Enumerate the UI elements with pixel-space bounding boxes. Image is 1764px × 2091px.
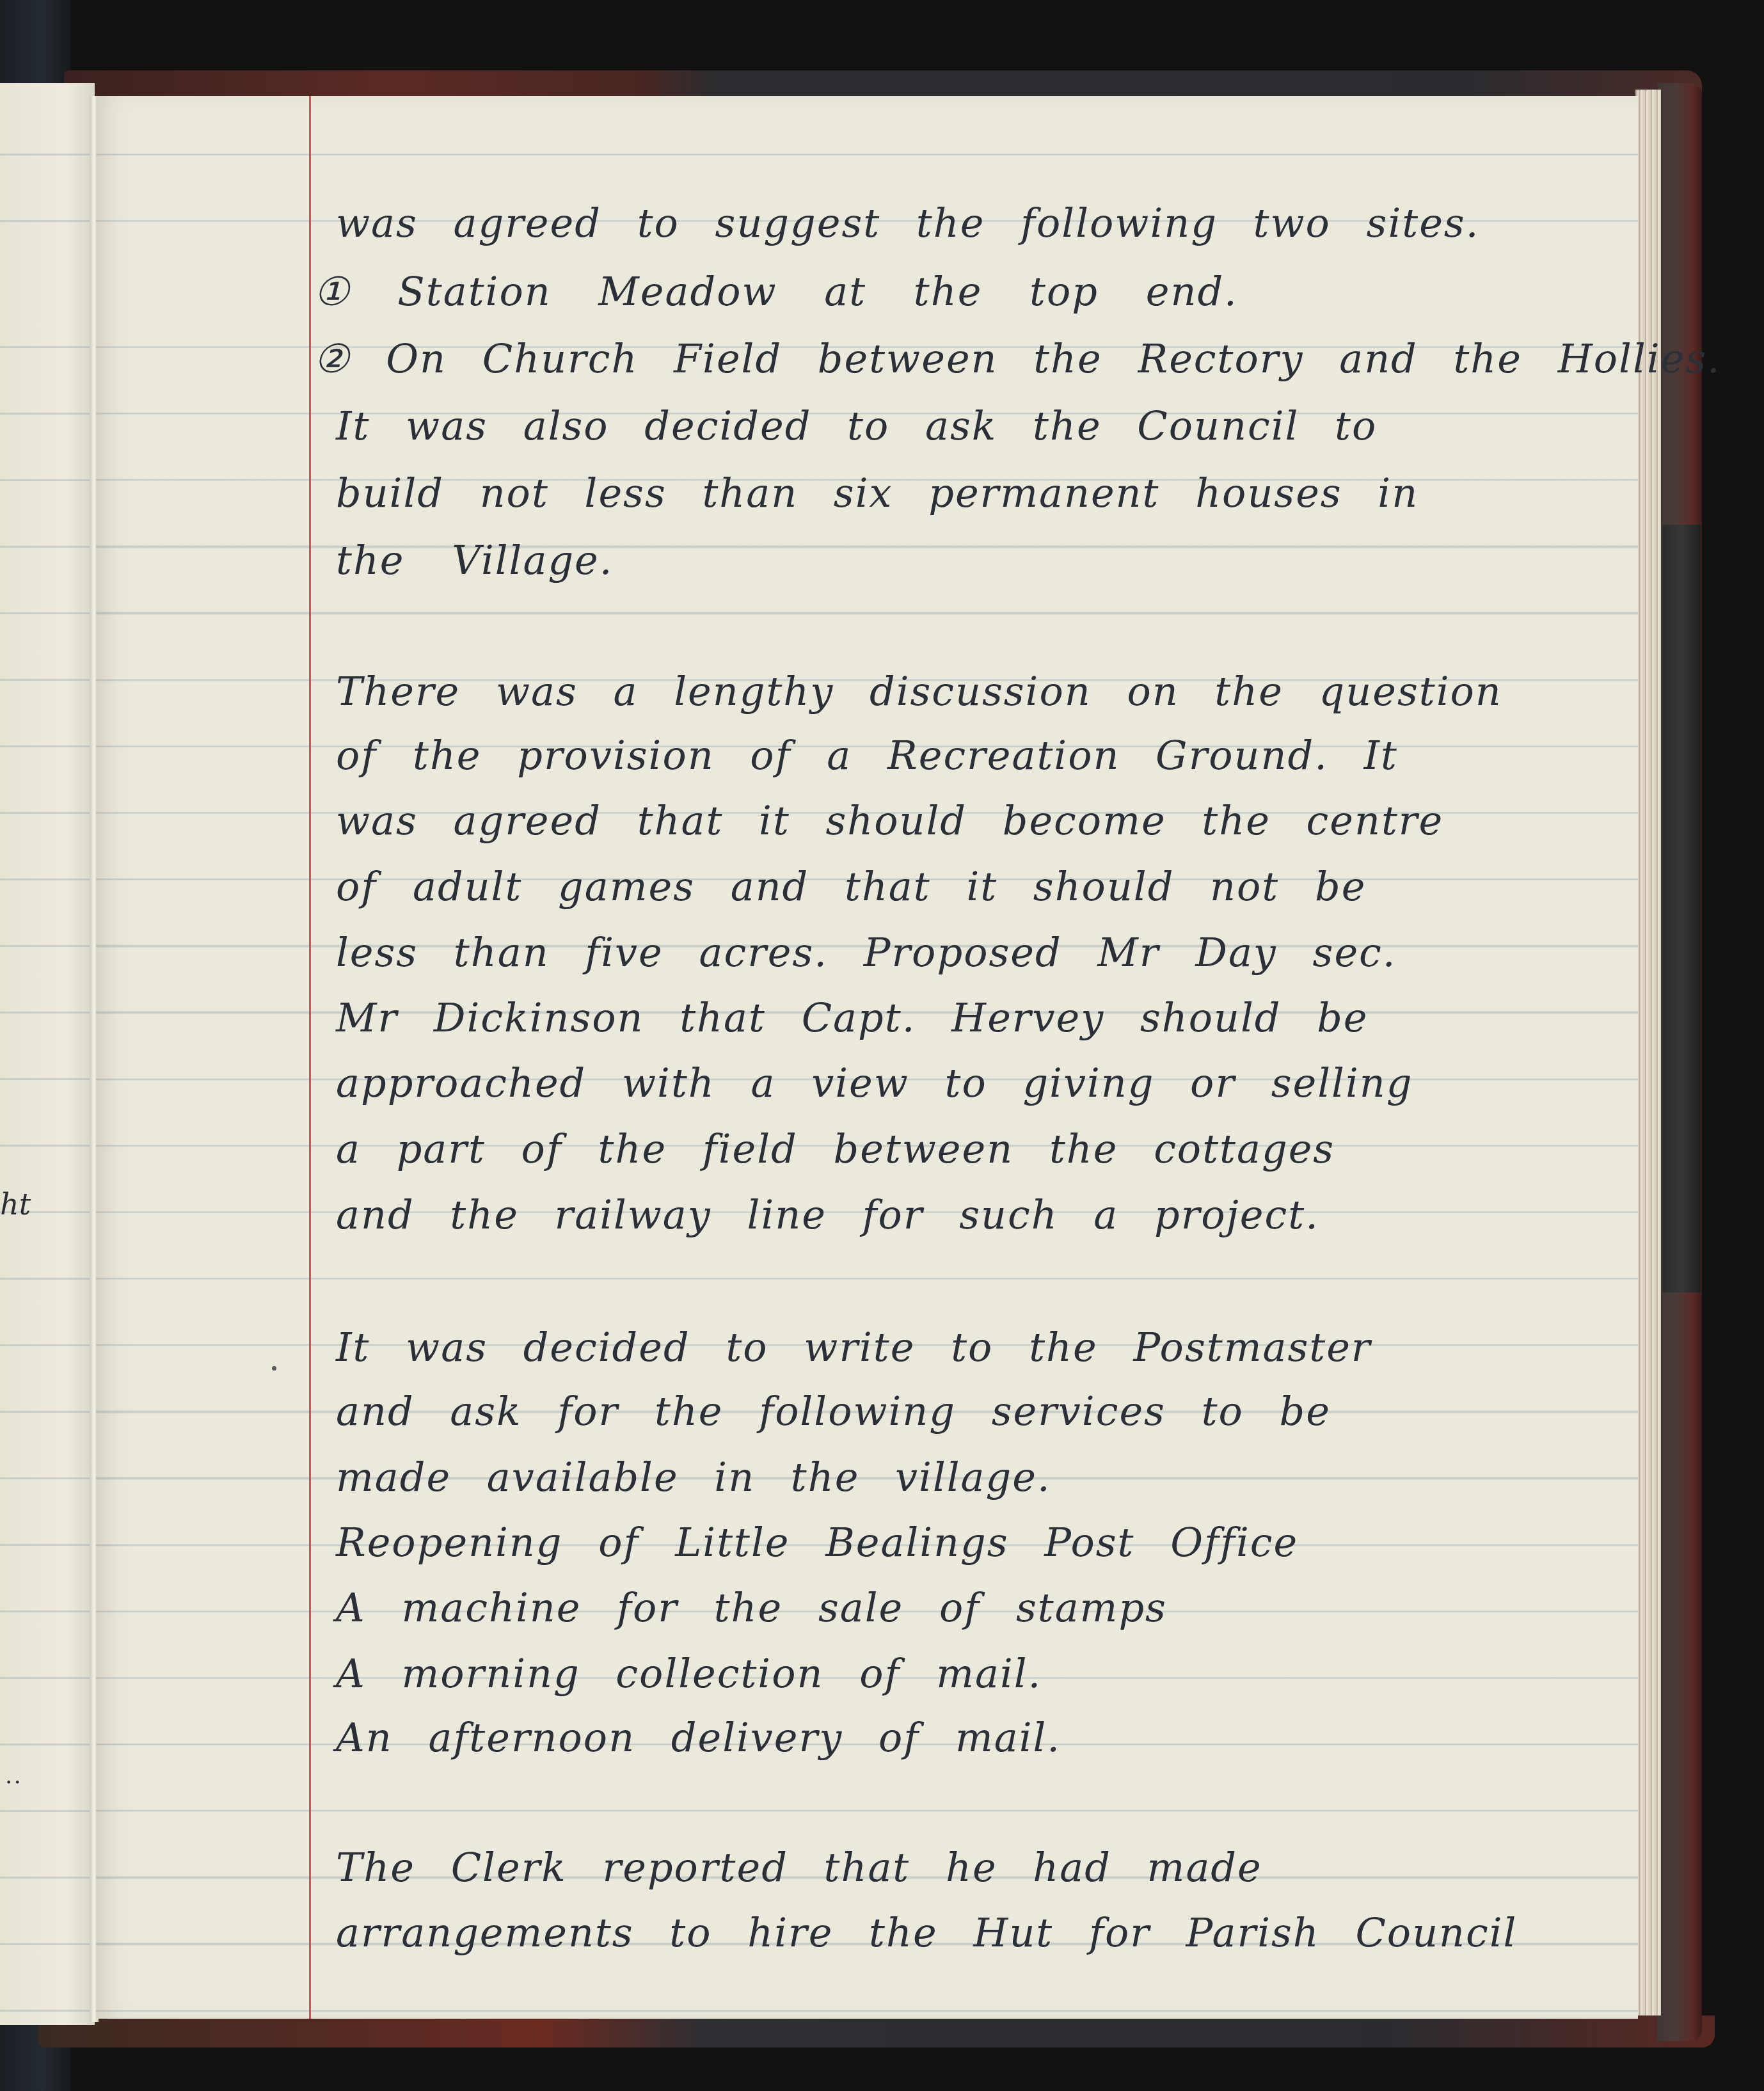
- text-line: A morning collection of mail.: [336, 1654, 1042, 1694]
- text-line: less than five acres. Proposed Mr Day se…: [336, 933, 1397, 973]
- text-line: Reopening of Little Bealings Post Office: [336, 1523, 1298, 1562]
- text-line: and the railway line for such a project.: [336, 1195, 1319, 1235]
- book-cover-top-edge: [64, 70, 1702, 99]
- text-line: build not less than six permanent houses…: [336, 473, 1418, 513]
- red-margin-line: [309, 96, 311, 2019]
- ink-spot: [272, 1366, 276, 1371]
- text-line: approached with a view to giving or sell…: [336, 1063, 1413, 1103]
- text-line: ② On Church Field between the Rectory an…: [314, 339, 1721, 379]
- text-line: A machine for the sale of stamps: [336, 1588, 1167, 1628]
- text-line: and ask for the following services to be: [336, 1392, 1331, 1431]
- book-spine-worn-patch: [1662, 525, 1701, 1292]
- text-line: ① Station Meadow at the top end.: [314, 272, 1238, 312]
- text-line: of the provision of a Recreation Ground.…: [336, 736, 1398, 775]
- text-line: There was a lengthy discussion on the qu…: [336, 672, 1502, 712]
- text-line: the Village.: [336, 541, 613, 580]
- text-line: The Clerk reported that he had made: [336, 1848, 1262, 1888]
- left-page-rules: [0, 96, 90, 2019]
- book-cover-bottom-edge: [38, 2015, 1715, 2047]
- text-line: Mr Dickinson that Capt. Hervey should be: [336, 998, 1369, 1038]
- text-line: made available in the village.: [336, 1458, 1051, 1497]
- text-line: It was also decided to ask the Council t…: [336, 406, 1377, 446]
- text-line: arrangements to hire the Hut for Parish …: [336, 1913, 1517, 1953]
- text-line: of adult games and that it should not be: [336, 867, 1366, 907]
- left-page-text-fragment: ht: [0, 1187, 31, 1221]
- text-line: An afternoon delivery of mail.: [336, 1718, 1061, 1758]
- left-page-dots: ..: [5, 1763, 22, 1789]
- text-line: a part of the field between the cottages: [336, 1129, 1335, 1169]
- text-line: was agreed that it should become the cen…: [336, 801, 1443, 841]
- text-line: It was decided to write to the Postmaste…: [336, 1328, 1371, 1367]
- text-line: was agreed to suggest the following two …: [336, 203, 1479, 243]
